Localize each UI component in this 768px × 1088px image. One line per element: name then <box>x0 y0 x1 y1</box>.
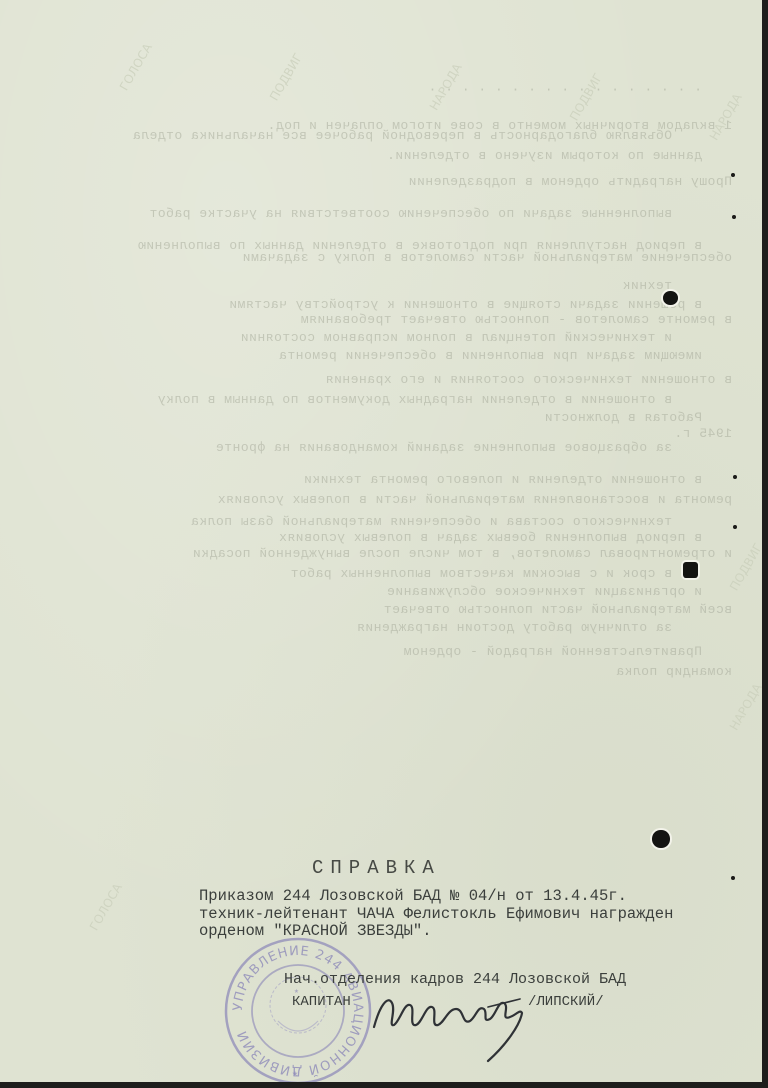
bleed-line: в срок и с высоким качеством выполненных… <box>32 566 672 581</box>
svg-text:УПРАВЛЕНИЕ 244 АВИАЦИОННОЙ ДИВ: УПРАВЛЕНИЕ 244 АВИАЦИОННОЙ ДИВИЗИИ <box>231 944 365 1078</box>
pin-hole <box>733 525 737 529</box>
bleed-line: и организации техническое обслуживание <box>142 584 702 599</box>
punch-hole <box>683 562 698 578</box>
bleed-line: всей материальной части полностью отвеча… <box>92 602 732 617</box>
punch-hole <box>663 291 678 305</box>
bleed-line: ремонта и восстановления материальной ча… <box>92 492 732 507</box>
certificate-line: Приказом 244 Лозовской БАД № 04/н от 13.… <box>199 888 673 906</box>
certificate-body: Приказом 244 Лозовской БАД № 04/н от 13.… <box>199 888 673 941</box>
bleed-line: Объявляю благодарность в переводной рабо… <box>32 128 672 143</box>
handwritten-signature-icon <box>370 975 540 1065</box>
bleed-line: данные по которым изучено в отделении. <box>62 148 702 163</box>
bleed-line: 1945 г. <box>172 426 732 441</box>
certificate-line: орденом "КРАСНОЙ ЗВЕЗДЫ". <box>199 923 673 941</box>
bleed-line: и технический потенциал в полном исправн… <box>32 330 672 345</box>
bleed-line: Правительственной наградой - орденом <box>62 644 702 659</box>
signer-rank: КАПИТАН <box>292 994 351 1010</box>
bleed-line: в период выполнения боевых задач в полев… <box>62 530 702 545</box>
pin-hole <box>733 475 737 479</box>
pin-hole <box>732 215 736 219</box>
bleed-line: в ремонте самолетов - полностью отвечает… <box>92 312 732 327</box>
bleed-line: Прошу наградить орденом в подразделении <box>172 174 732 189</box>
bleed-through-text: · · · · · · · · · · · · · · · · ·1 вклад… <box>0 0 762 840</box>
punch-hole <box>652 830 670 848</box>
certificate-title: СПРАВКА <box>312 857 441 879</box>
bleed-line: в отношении технического состояния и его… <box>92 372 732 387</box>
bleed-line: в решении задачи стоящие в отношении к у… <box>62 297 702 312</box>
bleed-line: технического состава и обеспечения матер… <box>112 514 672 529</box>
svg-text:★: ★ <box>292 1069 298 1080</box>
bleed-line: в отношении в отделении наградных докуме… <box>32 392 672 407</box>
bleed-line: в отношении отделения и полевого ремонта… <box>62 472 702 487</box>
bleed-line: обеспечение материальной части самолетов… <box>92 250 732 265</box>
bleed-line: за образцовое выполнение заданий командо… <box>32 440 672 455</box>
bleed-line: имеющим задачи при выполнении в обеспече… <box>142 348 702 363</box>
bleed-line: за отличную работу достоин награждения <box>32 620 672 635</box>
bleed-line: и отремонтировал самолетов, в том числе … <box>92 546 732 561</box>
pin-hole <box>731 173 735 177</box>
bleed-line: выполненные задачи по обеспечению соотве… <box>32 206 672 221</box>
watermark: ГОЛОСА <box>87 881 125 933</box>
document-page: · · · · · · · · · · · · · · · · ·1 вклад… <box>0 0 762 1082</box>
pin-hole <box>731 876 735 880</box>
bleed-line: командир полка <box>172 664 732 679</box>
bleed-line: · · · · · · · · · · · · · · · · · <box>142 82 702 97</box>
bleed-line: техник <box>112 278 672 293</box>
bleed-line: Работая в должности <box>62 410 702 425</box>
certificate-line: техник-лейтенант ЧАЧА Фелистокль Ефимови… <box>199 906 673 924</box>
